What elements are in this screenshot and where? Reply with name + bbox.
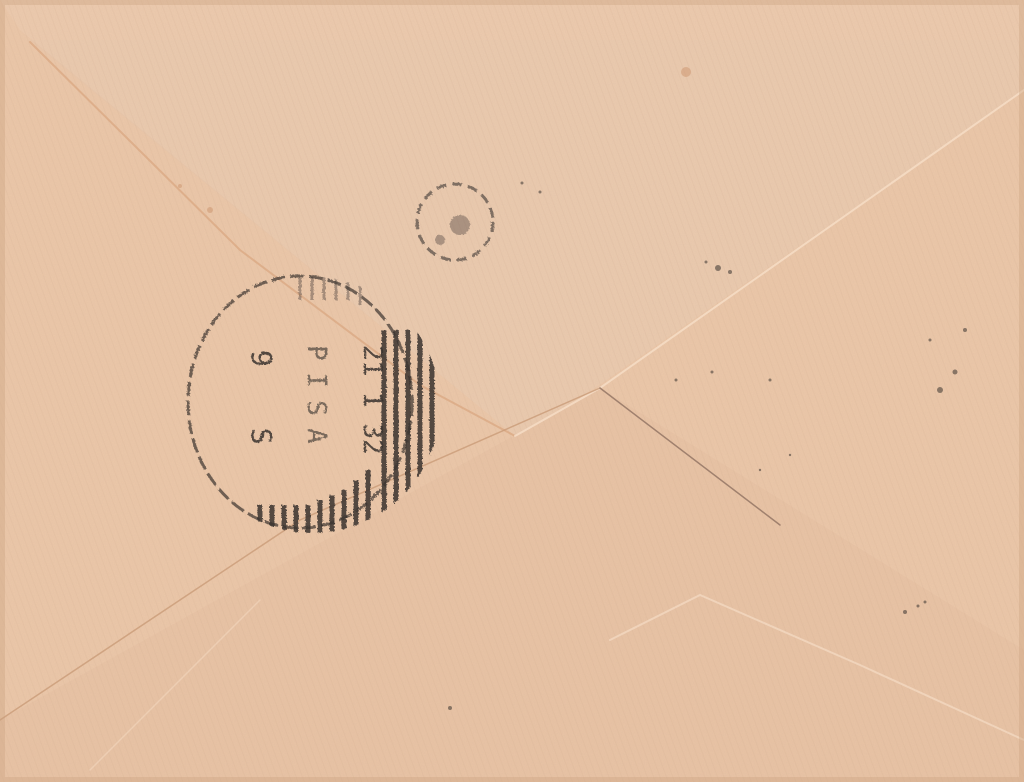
envelope-back: 21 1 32 PISA 9 S [0,0,1024,782]
envelope-photo: 21 1 32 PISA 9 S [0,0,1024,782]
paper-grain [0,0,1024,782]
postmark-date: 21 1 32 [357,345,387,455]
postmark-time: 9 S [245,350,278,467]
postmark-town: PISA [301,345,331,456]
